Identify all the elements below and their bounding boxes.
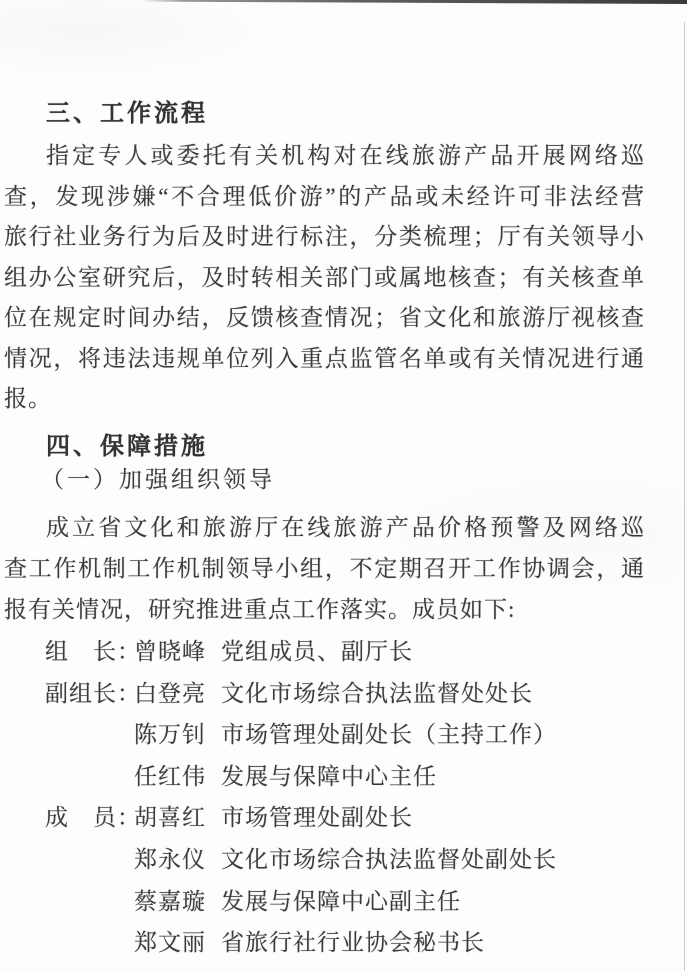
section-heading-workflow: 三、工作流程 [46,93,208,128]
text-line: 指定专人或委托有关机构对在线旅游产品开展网络巡 [4,136,645,177]
member-row: 蔡嘉璇 发展与保障中心副主任 [0,881,687,923]
member-title: 发展与保障中心副主任 [221,881,461,923]
member-role: 组 长： [45,631,141,673]
text-line: 报。 [4,379,645,420]
section-heading-safeguards: 四、保障措施 [46,426,208,461]
member-name: 白登亮 [134,673,206,715]
text-line: 情况，将违法违规单位列入重点监管名单或有关情况进行通 [4,339,645,380]
member-row: 成 员： 胡喜红 市场管理处副处长 [0,797,687,839]
scan-artifact-top-line [140,0,687,4]
member-name: 郑永仪 [134,839,206,881]
text-line: 位在规定时间办结，反馈核查情况；省文化和旅游厅视核查 [4,298,645,339]
member-title: 文化市场综合执法监督处处长 [221,673,533,715]
paragraph-workflow: 指定专人或委托有关机构对在线旅游产品开展网络巡 查，发现涉嫌“不合理低价游”的产… [4,136,645,420]
member-row: 郑永仪 文化市场综合执法监督处副处长 [0,839,687,881]
text-line: 成立省文化和旅游厅在线旅游产品价格预警及网络巡 [4,507,645,548]
member-row: 郑文丽 省旅行社行业协会秘书长 [0,922,687,964]
member-name: 郑文丽 [134,922,206,964]
member-title: 省旅行社行业协会秘书长 [221,922,485,964]
member-row: 组 长： 曾晓峰 党组成员、副厅长 [0,631,687,673]
subheading-strengthen-organizational-leadership: （一）加强组织领导 [41,461,275,494]
member-name: 曾晓峰 [134,631,206,673]
member-title: 市场管理处副处长 [221,797,413,839]
member-title: 发展与保障中心主任 [221,756,437,798]
member-role: 成 员： [45,797,141,839]
member-name: 蔡嘉璇 [134,881,206,923]
member-name: 任红伟 [134,756,206,798]
text-line: 查，发现涉嫌“不合理低价游”的产品或未经许可非法经营 [4,177,645,218]
member-row: 任红伟 发展与保障中心主任 [0,756,687,798]
member-title: 文化市场综合执法监督处副处长 [221,839,557,881]
member-name: 陈万钊 [134,714,206,756]
text-line: 旅行社业务行为后及时进行标注，分类梳理；厅有关领导小 [4,217,645,258]
member-title: 党组成员、副厅长 [221,631,413,673]
member-row: 副组长： 白登亮 文化市场综合执法监督处处长 [0,673,687,715]
member-row: 陈万钊 市场管理处副处长（主持工作） [0,714,687,756]
member-list: 组 长： 曾晓峰 党组成员、副厅长 副组长： 白登亮 文化市场综合执法监督处处长… [0,631,687,964]
member-name: 胡喜红 [134,797,206,839]
scanned-document-page: 三、工作流程 指定专人或委托有关机构对在线旅游产品开展网络巡 查，发现涉嫌“不合… [0,0,687,971]
member-title: 市场管理处副处长（主持工作） [221,714,557,756]
paragraph-leading-group: 成立省文化和旅游厅在线旅游产品价格预警及网络巡 查工作机制工作机制领导小组，不定… [4,507,645,630]
text-line: 查工作机制工作机制领导小组，不定期召开工作协调会，通 [4,548,645,589]
member-role: 副组长： [45,673,141,715]
text-line: 组办公室研究后，及时转相关部门或属地核查；有关核查单 [4,258,645,299]
text-line: 报有关情况，研究推进重点工作落实。成员如下: [4,589,645,630]
